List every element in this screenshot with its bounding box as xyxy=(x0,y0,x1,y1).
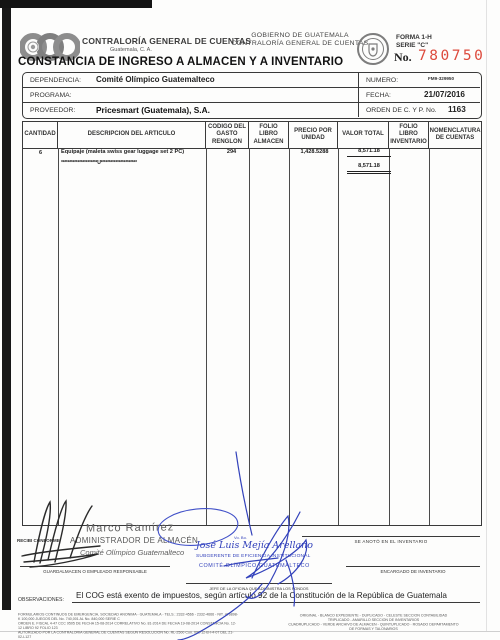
fineprint-left-line3: AUTORIZADO POR LA CONTRALORIA GENERAL DE… xyxy=(18,630,239,639)
fecha-value: 21/07/2016 xyxy=(424,90,465,99)
column-separator xyxy=(338,148,339,525)
forma-label: FORMA 1-H xyxy=(396,34,432,41)
items-table: CANTIDAD DESCRIPCION DEL ARTICULO CODIGO… xyxy=(22,121,482,526)
row-codigo-gasto: 294 xyxy=(210,149,253,155)
row-descripcion-fill: **********************U*****************… xyxy=(61,160,207,166)
column-separator xyxy=(429,148,430,525)
official-seal-icon xyxy=(356,32,390,66)
col-cantidad: CANTIDAD xyxy=(23,122,58,148)
column-separator xyxy=(206,148,207,525)
almacen-stamp-org: Comité Olímpico Guatemalteco xyxy=(80,548,184,557)
fineprint-right: ORIGINAL - BLANCO EXPEDIENTE - DUPLICADO… xyxy=(288,613,459,631)
col-codigo-gasto: CODIGO DEL GASTO RENGLON xyxy=(206,122,249,148)
observaciones-value: El COG está exento de impuestos, según a… xyxy=(76,591,447,600)
col-descripcion: DESCRIPCION DEL ARTICULO xyxy=(58,122,206,148)
col-nomenclatura: NOMENCLATURA DE CUENTAS xyxy=(429,122,481,148)
programa-label: PROGRAMA: xyxy=(30,92,72,99)
column-separator xyxy=(289,148,290,525)
page-edge-right xyxy=(486,0,487,632)
se-anoto-inventario-label: SE ANOTÓ EN EL INVENTARIO xyxy=(302,539,480,544)
col-valor-total: VALOR TOTAL xyxy=(338,122,389,148)
almacen-stamp-role: ADMINISTRADOR DE ALMACÉN xyxy=(70,536,198,545)
encargado-inventario-caption: ENCARGADO DE INVENTARIO xyxy=(346,569,480,574)
dependencia-label: DEPENDENCIA: xyxy=(30,77,81,84)
fineprint-right-line3: CUADRUPLICADO - VERDE ARCHIVO DE ALMACEN… xyxy=(288,622,459,631)
row-precio-unidad: 1,428.5288 xyxy=(290,149,339,155)
document-number-value: 780750 xyxy=(418,48,485,64)
table-header-row: CANTIDAD DESCRIPCION DEL ARTICULO CODIGO… xyxy=(23,122,481,149)
numero-label: NUMERO: xyxy=(366,77,398,84)
scanned-document-page: CONTRALORÍA GENERAL DE CUENTAS Guatemala… xyxy=(0,0,500,640)
col-folio-inventario: FOLIO LIBRO INVENTARIO xyxy=(389,122,429,148)
orden-label: ORDEN DE C. Y P. No. xyxy=(366,107,437,114)
fondos-stamp-org: COMITÉ OLÍMPICO GUATEMALTECO xyxy=(199,563,310,569)
info-divider-vertical xyxy=(358,72,359,117)
proveedor-value: Pricesmart (Guatemala), S.A. xyxy=(96,105,210,115)
guardalmacen-caption: GUARDALMACEN O EMPLEADO RESPONSABLE xyxy=(20,569,170,574)
total-valor: 8,571.18 xyxy=(347,163,391,174)
orden-value: 1163 xyxy=(448,105,466,114)
observaciones-label: OBSERVACIONES: xyxy=(18,597,64,603)
fondos-stamp-role: SUBGERENTE DE EFICIENCIA INSTITUCIONAL xyxy=(196,554,310,559)
fecha-label: FECHA: xyxy=(366,92,391,99)
inventario-note-line xyxy=(302,536,480,537)
row-cantidad: 6 xyxy=(23,150,58,156)
recibi-conforme-label: RECIBI CONFORME xyxy=(17,538,67,543)
logo-subtitle: Guatemala, C. A. xyxy=(110,47,152,53)
document-number-label: No. xyxy=(394,50,412,65)
col-folio-almacen: FOLIO LIBRO ALMACEN xyxy=(249,122,289,148)
numero-value: FM9-329950 xyxy=(428,76,454,81)
row-valor-total: 8,571.18 xyxy=(347,148,391,157)
fondos-stamp-name: José Luis Mejía Arellano xyxy=(196,540,313,551)
fineprint-left-line2: ORDEN E. FISCAL 4-47 CCC 9505 DE FECHA 1… xyxy=(18,621,239,630)
info-divider-2 xyxy=(22,102,480,103)
dependencia-value: Comité Olímpico Guatemalteco xyxy=(96,75,215,84)
fineprint-left: FORMULARIOS CONTINUOS DE EMERGENCIA, SOC… xyxy=(18,612,239,639)
almacen-stamp-name: Marco Ramírez xyxy=(86,521,174,534)
scan-edge-left xyxy=(2,8,11,610)
column-separator xyxy=(389,148,390,525)
signature-line-left xyxy=(20,566,170,567)
row-descripcion: Equipaje (maleta swiss gear luggage set … xyxy=(61,149,207,155)
signature-line-middle xyxy=(186,583,332,584)
col-precio-unidad: PRECIO POR UNIDAD xyxy=(289,122,338,148)
fineprint-left-line1: FORMULARIOS CONTINUOS DE EMERGENCIA, SOC… xyxy=(18,612,239,621)
page-title: CONSTANCIA DE INGRESO A ALMACEN Y A INVE… xyxy=(18,56,343,68)
proveedor-label: PROVEEDOR: xyxy=(30,107,75,114)
scan-edge-top xyxy=(0,0,152,8)
column-separator xyxy=(58,148,59,525)
column-separator xyxy=(249,148,250,525)
observaciones-line xyxy=(72,602,480,603)
info-divider-1 xyxy=(22,87,480,88)
signature-line-right xyxy=(346,566,480,567)
